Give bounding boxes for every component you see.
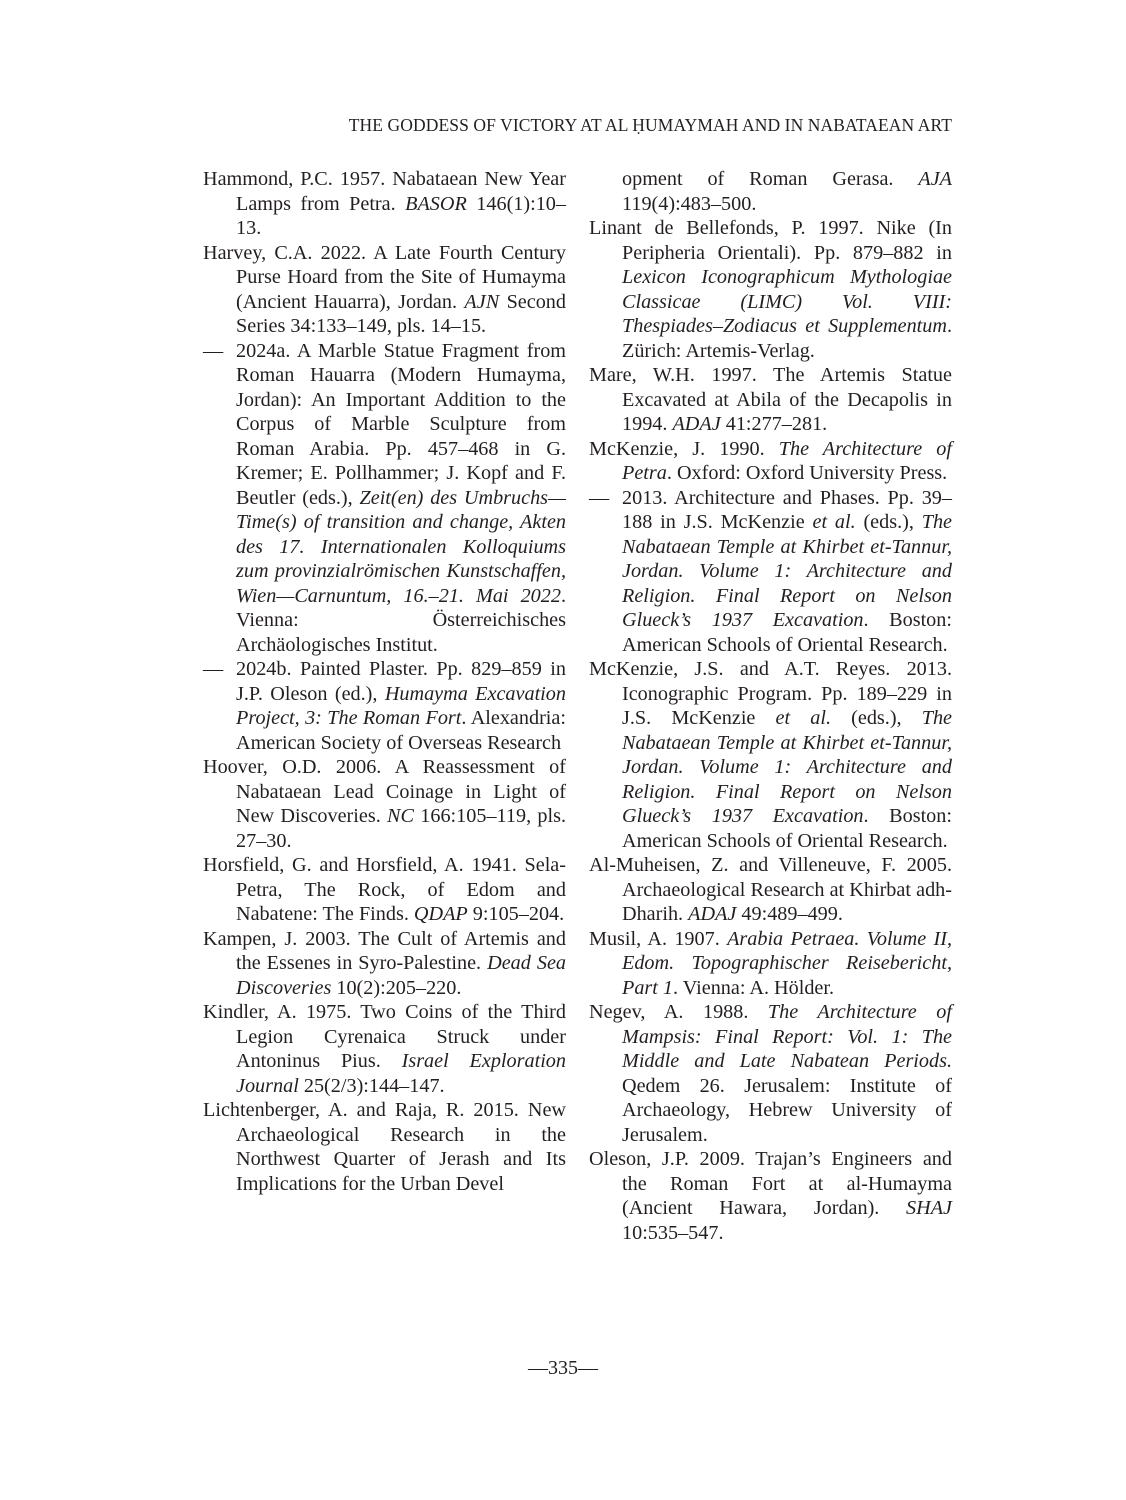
reference-text: McKenzie, J. 1990.: [589, 438, 779, 460]
reference-entry-kindler-1975: Kindler, A. 1975. Two Coins of the Third…: [203, 1000, 566, 1098]
reference-italic-title: BASOR: [405, 193, 467, 215]
reference-italic-title: Lexicon Iconographicum Mytho­logiae Clas…: [622, 266, 952, 337]
reference-text: Oleson, J.P. 2009. Trajan’s Engineers an…: [589, 1148, 952, 1219]
reference-text: Musil, A. 1907.: [589, 928, 727, 950]
reference-entry-linant-de-bellefonds-1997: Linant de Bellefonds, P. 1997. Nike (In …: [589, 216, 952, 363]
reference-italic-title: AJN: [464, 291, 499, 313]
reference-text: Linant de Bellefonds, P. 1997. Nike (In …: [589, 217, 952, 264]
reference-italic-title: ADAJ: [688, 903, 736, 925]
reference-text: 10(2):205–220.: [331, 977, 461, 999]
reference-text: 41:277–281.: [721, 413, 828, 435]
reference-italic-title: QDAP: [414, 903, 468, 925]
reference-text: Qedem 26. Jerusalem: Institute of Archae…: [622, 1075, 952, 1146]
reference-text: Lichtenberger, A. and Raja, R. 2015. New…: [203, 1099, 566, 1195]
reference-entry-oleson-2009: Oleson, J.P. 2009. Trajan’s Engineers an…: [589, 1147, 952, 1245]
reference-entry-harvey-2024b: —2024b. Painted Plaster. Pp. 829–859 in …: [203, 657, 566, 755]
reference-text: . Oxford: Oxford University Press.: [667, 462, 947, 484]
reference-text: 10:535–547.: [622, 1222, 724, 1244]
reference-italic-text: et al.: [776, 707, 831, 729]
reference-text: 9:105–204.: [468, 903, 564, 925]
reference-entry-hoover-2006: Hoover, O.D. 2006. A Reassessment of Nab…: [203, 755, 566, 853]
reference-entry-musil-1907: Musil, A. 1907. Arabia Petraea. Volume I…: [589, 927, 952, 1001]
reference-entry-harvey-2024a: —2024a. A Marble Statue Fragment from Ro…: [203, 339, 566, 658]
reference-entry-mckenzie-2013: —2013. Architecture and Phases. Pp. 39–1…: [589, 486, 952, 658]
reference-text: Negev, A. 1988.: [589, 1001, 768, 1023]
reference-italic-title: NC: [387, 805, 414, 827]
reference-entry-mckenzie-reyes-2013: McKenzie, J.S. and A.T. Reyes. 2013. Ico…: [589, 657, 952, 853]
reference-text: 2024a. A Marble Statue Fragment from Rom…: [236, 340, 566, 509]
reference-entry-hammond-1957: Hammond, P.C. 1957. Nabataean New Year L…: [203, 167, 566, 241]
reference-entry-al-muheisen-2005: Al-Muheisen, Z. and Villeneuve, F. 2005.…: [589, 853, 952, 927]
reference-text: (eds.),: [831, 707, 922, 729]
reference-text: 49:489–499.: [736, 903, 843, 925]
reference-entry-lichtenberger-2015: Lichtenberger, A. and Raja, R. 2015. New…: [203, 1098, 566, 1196]
reference-entry-mckenzie-1990: McKenzie, J. 1990. The Architecture of P…: [589, 437, 952, 486]
reference-text: opment of Roman Gerasa.: [622, 168, 918, 190]
reference-entry-negev-1988: Negev, A. 1988. The Architecture of Mamp…: [589, 1000, 952, 1147]
reference-entry-mare-1997: Mare, W.H. 1997. The Artemis Statue Exca…: [589, 363, 952, 437]
reference-entry-kampen-2003: Kampen, J. 2003. The Cult of Artemis and…: [203, 927, 566, 1001]
reference-entry-lichtenberger-2015-continued: opment of Roman Gerasa. AJA 119(4):483–5…: [589, 167, 952, 216]
reference-italic-title: SHAJ: [906, 1197, 952, 1219]
repeat-author-dash: —: [589, 486, 622, 511]
running-title: THE GODDESS OF VICTORY AT AL ḤUMAYMAH AN…: [349, 113, 952, 137]
reference-text: 25(2/3):144–147.: [299, 1075, 445, 1097]
repeat-author-dash: —: [203, 657, 236, 682]
reference-italic-text: et al.: [813, 511, 856, 533]
references-right-column: opment of Roman Gerasa. AJA 119(4):483–5…: [589, 167, 952, 1245]
reference-italic-title: ADAJ: [672, 413, 720, 435]
reference-text: . Vienna: A. Hölder.: [673, 977, 834, 999]
reference-entry-horsfield-1941: Horsfield, G. and Horsfield, A. 1941. Se…: [203, 853, 566, 927]
page-number: —335—: [0, 1356, 1126, 1380]
reference-entry-harvey-2022: Harvey, C.A. 2022. A Late Fourth Cen­tur…: [203, 241, 566, 339]
repeat-author-dash: —: [203, 339, 236, 364]
references-left-column: Hammond, P.C. 1957. Nabataean New Year L…: [203, 167, 566, 1196]
reference-text: (eds.),: [856, 511, 922, 533]
reference-italic-title: AJA: [918, 168, 952, 190]
reference-text: 119(4):483–500.: [622, 193, 756, 215]
